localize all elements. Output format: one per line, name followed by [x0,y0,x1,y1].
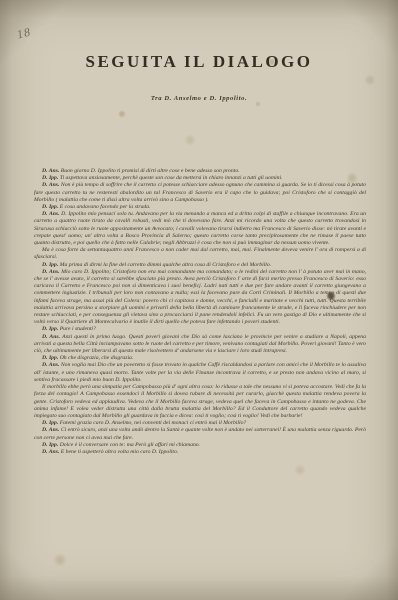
speaker-label: D. Ipp. [42,175,60,181]
dialogue-paragraph: D. Ans. Anzi questi in primo luogo. Ques… [34,334,366,356]
speaker-label: D. Ipp. [42,326,60,332]
speaker-label: D. Ans. [42,362,61,368]
speaker-label: D. Ipp. [42,442,60,448]
speaker-label: D. Ipp. [42,420,60,426]
speaker-label: D. Ans. [42,449,61,455]
dialogue-paragraph: D. Ans. E bene ti aspetterò altra volta … [34,449,366,456]
speaker-label: D. Ans. [42,334,62,340]
speaker-label: D. Ans. [42,427,61,433]
speaker-label: D. Ipp. [42,355,60,361]
dialogue-paragraph: Il morbillo ebbe però una simpatia per C… [34,384,366,420]
dialogue-paragraph: D. Ipp. Dolce è il conversare con te: ma… [34,442,366,449]
dialogue-paragraph: D. Ans. Non voglia mai Dio che un povere… [34,362,366,384]
speaker-label: D. Ans. [42,168,61,174]
dialogue-paragraph: D. Ans. Non è più tempo di soffrire che … [34,182,366,204]
speaker-label: D. Ipp. [42,204,60,210]
scanned-page: 18 SEGUITA IL DIALOGO Tra D. Anselmo e D… [0,0,398,600]
speaker-label: D. Ans. [42,269,61,275]
speaker-label: D. Ans. [42,182,61,188]
dialogue-paragraph: D. Ipp. Pure i studenti? [34,326,366,333]
page-subtitle: Tra D. Anselmo e D. Ippolito. [0,95,398,102]
dialogue-paragraph: D. Ipp. Ma prima di dirmi la fine del ca… [34,262,366,269]
dialogue: D. Ans. Buon giorno D. Ippolito ti promi… [34,168,366,456]
handwritten-page-number: 18 [15,25,32,43]
dialogue-paragraph: D. Ans. Mio caro D. Ippolito; Cristoforo… [34,269,366,327]
dialogue-paragraph: Ma è cosa forte da settantaquattro anni … [34,247,366,261]
page-title: SEGUITA IL DIALOGO [0,52,398,72]
speaker-label: D. Ans. [42,211,61,217]
dialogue-paragraph: D. Ans. Buon giorno D. Ippolito ti promi… [34,168,366,175]
speaker-label: D. Ipp. [42,262,60,268]
dialogue-paragraph: D. Ans. D. Ippolito mio pensaci solo tu.… [34,211,366,247]
dialogue-paragraph: D. Ans. Ci entrò sicuro, anzi una volta … [34,427,366,441]
